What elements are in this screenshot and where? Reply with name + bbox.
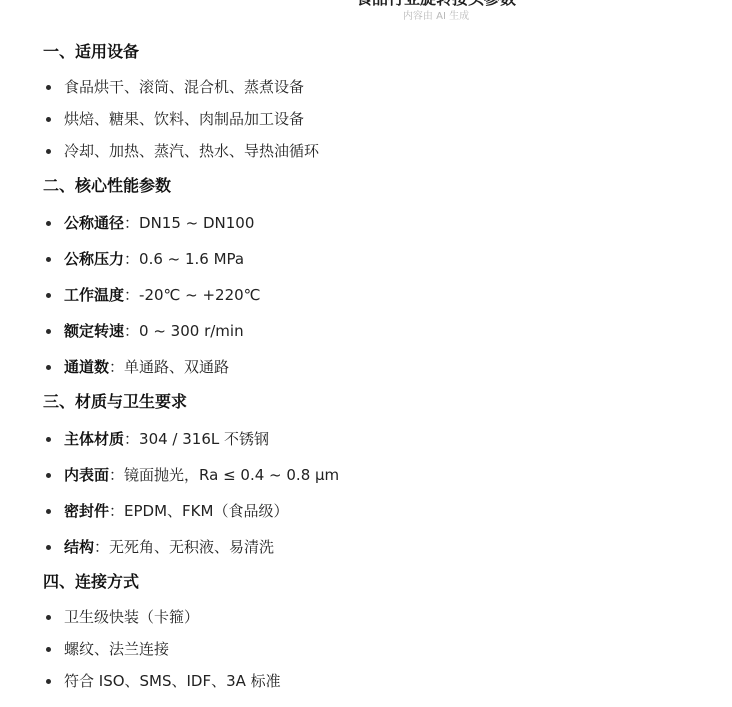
param-value: -20℃ ~ +220℃ — [139, 286, 261, 304]
ai-generated-note: 内容由 AI 生成 — [0, 10, 732, 24]
bullet-icon — [46, 679, 51, 684]
param-key: 公称压力 — [64, 250, 124, 268]
bullet-icon — [46, 437, 51, 442]
separator: ： — [124, 430, 139, 448]
bullet-icon — [46, 257, 51, 262]
separator: ： — [109, 502, 124, 520]
section-heading-applicable-equipment: 一、适用设备 — [43, 40, 703, 64]
bullet-icon — [46, 117, 51, 122]
bullet-icon — [46, 221, 51, 226]
applicable-equipment-list: 食品烘干、滚筒、混合机、蒸煮设备 烘焙、糖果、饮料、肉制品加工设备 冷却、加热、… — [43, 76, 703, 162]
item-text: 食品烘干、滚筒、混合机、蒸煮设备 — [64, 78, 304, 96]
param-value: 0.6 ~ 1.6 MPa — [139, 250, 244, 268]
param-value: 镜面抛光，Ra ≤ 0.4 ~ 0.8 μm — [124, 466, 339, 484]
param-key: 通道数 — [64, 358, 109, 376]
param-value: EPDM、FKM（食品级） — [124, 502, 288, 520]
bullet-icon — [46, 365, 51, 370]
list-item: 内表面：镜面抛光，Ra ≤ 0.4 ~ 0.8 μm — [43, 464, 703, 486]
list-item: 结构：无死角、无积液、易清洗 — [43, 536, 703, 558]
list-item: 烘焙、糖果、饮料、肉制品加工设备 — [43, 108, 703, 130]
section-heading-connection-methods: 四、连接方式 — [43, 570, 703, 594]
param-key: 结构 — [64, 538, 94, 556]
param-value: DN15 ~ DN100 — [139, 214, 254, 232]
connection-methods-list: 卫生级快装（卡箍） 螺纹、法兰连接 符合 ISO、SMS、IDF、3A 标准 — [43, 606, 703, 692]
param-key: 内表面 — [64, 466, 109, 484]
separator: ： — [109, 466, 124, 484]
param-value: 0 ~ 300 r/min — [139, 322, 244, 340]
bullet-icon — [46, 149, 51, 154]
list-item: 通道数：单通路、双通路 — [43, 356, 703, 378]
section-heading-performance-params: 二、核心性能参数 — [43, 174, 703, 198]
list-item: 主体材质：304 / 316L 不锈钢 — [43, 428, 703, 450]
param-key: 额定转速 — [64, 322, 124, 340]
list-item: 公称通径：DN15 ~ DN100 — [43, 212, 703, 234]
bullet-icon — [46, 329, 51, 334]
document-body: 一、适用设备 食品烘干、滚筒、混合机、蒸煮设备 烘焙、糖果、饮料、肉制品加工设备… — [43, 40, 703, 702]
bullet-icon — [46, 85, 51, 90]
bullet-icon — [46, 545, 51, 550]
separator: ： — [124, 214, 139, 232]
separator: ： — [124, 250, 139, 268]
param-value: 单通路、双通路 — [124, 358, 229, 376]
param-key: 公称通径 — [64, 214, 124, 232]
bullet-icon — [46, 509, 51, 514]
item-text: 符合 ISO、SMS、IDF、3A 标准 — [64, 672, 281, 690]
separator: ： — [124, 322, 139, 340]
section-heading-materials-hygiene: 三、材质与卫生要求 — [43, 390, 703, 414]
document-title: 食品行业旋转接头参数 — [0, 0, 732, 9]
bullet-icon — [46, 647, 51, 652]
separator: ： — [109, 358, 124, 376]
bullet-icon — [46, 473, 51, 478]
param-value: 无死角、无积液、易清洗 — [109, 538, 274, 556]
bullet-icon — [46, 293, 51, 298]
item-text: 螺纹、法兰连接 — [64, 640, 169, 658]
item-text: 卫生级快装（卡箍） — [64, 608, 199, 626]
param-value: 304 / 316L 不锈钢 — [139, 430, 269, 448]
list-item: 冷却、加热、蒸汽、热水、导热油循环 — [43, 140, 703, 162]
item-text: 冷却、加热、蒸汽、热水、导热油循环 — [64, 142, 319, 160]
list-item: 密封件：EPDM、FKM（食品级） — [43, 500, 703, 522]
materials-hygiene-list: 主体材质：304 / 316L 不锈钢 内表面：镜面抛光，Ra ≤ 0.4 ~ … — [43, 428, 703, 558]
list-item: 工作温度：-20℃ ~ +220℃ — [43, 284, 703, 306]
separator: ： — [94, 538, 109, 556]
list-item: 额定转速：0 ~ 300 r/min — [43, 320, 703, 342]
item-text: 烘焙、糖果、饮料、肉制品加工设备 — [64, 110, 304, 128]
list-item: 卫生级快装（卡箍） — [43, 606, 703, 628]
param-key: 主体材质 — [64, 430, 124, 448]
separator: ： — [124, 286, 139, 304]
param-key: 密封件 — [64, 502, 109, 520]
bullet-icon — [46, 615, 51, 620]
list-item: 符合 ISO、SMS、IDF、3A 标准 — [43, 670, 703, 692]
list-item: 公称压力：0.6 ~ 1.6 MPa — [43, 248, 703, 270]
performance-params-list: 公称通径：DN15 ~ DN100 公称压力：0.6 ~ 1.6 MPa 工作温… — [43, 212, 703, 378]
param-key: 工作温度 — [64, 286, 124, 304]
list-item: 螺纹、法兰连接 — [43, 638, 703, 660]
list-item: 食品烘干、滚筒、混合机、蒸煮设备 — [43, 76, 703, 98]
